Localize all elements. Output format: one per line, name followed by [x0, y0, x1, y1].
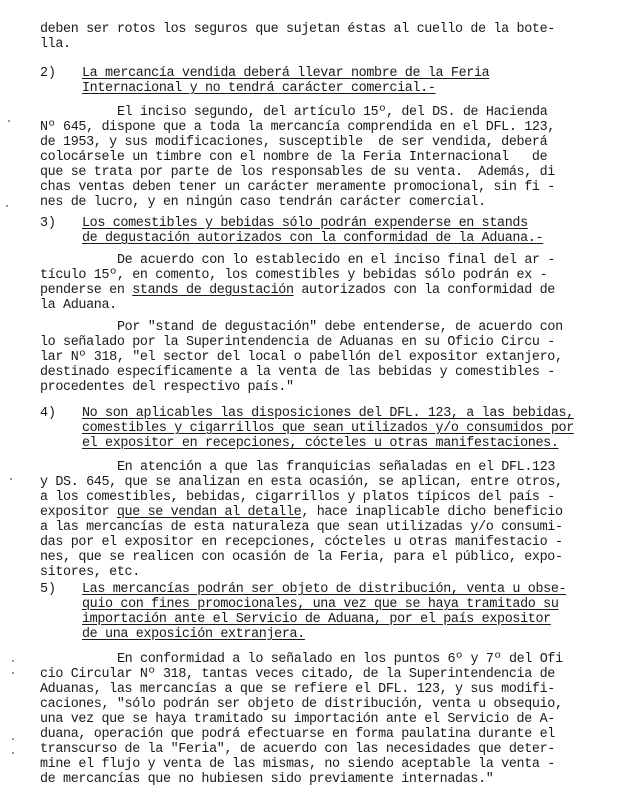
paragraph-line: destinado específicamente a la venta de … — [40, 365, 555, 380]
paragraph-line: de 1953, y sus modificaciones, susceptib… — [40, 135, 547, 150]
paragraph-line: nes de lucro, y en ningún caso tendrán c… — [40, 195, 486, 210]
scan-speck — [12, 738, 14, 740]
section-heading-line: el expositor en recepciones, cócteles u … — [82, 436, 559, 451]
underlined-phrase: que se vendan al detalle — [117, 505, 301, 520]
paragraph-line: penderse en stands de degustación autori… — [40, 283, 555, 298]
paragraph-line: das por el expositor en recepciones, cóc… — [40, 535, 563, 550]
paragraph-line: De acuerdo con lo establecido en el inci… — [117, 253, 555, 268]
paragraph-line: lar Nº 318, "el sector del local o pabel… — [40, 350, 563, 365]
section-number: 5) — [40, 582, 56, 597]
section-heading-line: Las mercancías podrán ser objeto de dist… — [82, 582, 566, 597]
paragraph-line: El inciso segundo, del artículo 15º, del… — [117, 105, 547, 120]
scan-speck — [12, 752, 14, 754]
scan-speck — [12, 672, 14, 674]
paragraph-line: que se trata por parte de los responsabl… — [40, 165, 555, 180]
paragraph-line: chas ventas deben tener un carácter mera… — [40, 180, 555, 195]
section-heading-line: de una exposición extranjera. — [82, 627, 305, 642]
scan-speck — [340, 412, 342, 414]
section-heading-line: Internacional y no tendrá carácter comer… — [82, 81, 436, 96]
paragraph-line: Nº 645, dispone que a toda la mercancía … — [40, 120, 555, 135]
paragraph-line: y DS. 645, que se analizan en esta ocasi… — [40, 475, 563, 490]
paragraph-line: de mercancías que no hubiesen sido previ… — [40, 772, 493, 787]
intro-line: deben ser rotos los seguros que sujetan … — [40, 22, 555, 37]
paragraph-line: duana, operación que podrá efectuarse en… — [40, 727, 555, 742]
section-heading-line: Los comestibles y bebidas sólo podrán ex… — [82, 216, 528, 231]
paragraph-line: tículo 15º, en comento, los comestibles … — [40, 268, 547, 283]
paragraph-line: colocársele un timbre con el nombre de l… — [40, 150, 547, 165]
scan-speck — [8, 120, 10, 122]
paragraph-line: lo señalado por la Superintendencia de A… — [40, 335, 555, 350]
section-number: 4) — [40, 406, 56, 421]
scan-speck — [10, 478, 12, 480]
scan-speck — [420, 540, 422, 542]
paragraph-line: Aduanas, las mercancías a que se refiere… — [40, 682, 555, 697]
paragraph-line: procedentes del respectivo país." — [40, 380, 294, 395]
paragraph-line: caciones, "sólo podrán ser objeto de dis… — [40, 697, 563, 712]
paragraph-line: nes, que se realicen con ocasión de la F… — [40, 550, 563, 565]
paragraph-line: transcurso de la "Feria", de acuerdo con… — [40, 742, 555, 757]
scan-speck — [12, 660, 14, 662]
paragraph-line: sitores, etc. — [40, 565, 140, 580]
paragraph-line: cio Circular Nº 318, tantas veces citado… — [40, 667, 555, 682]
paragraph-line: En atención a que las franquicias señala… — [117, 460, 555, 475]
section-number: 3) — [40, 216, 56, 231]
paragraph-line: Por "stand de degustación" debe entender… — [117, 320, 563, 335]
paragraph-line: mine el flujo y venta de las mismas, no … — [40, 757, 555, 772]
paragraph-line: expositor que se vendan al detalle, hace… — [40, 505, 563, 520]
paragraph-line: la Aduana. — [40, 298, 117, 313]
intro-line: lla. — [40, 37, 71, 52]
paragraph-line: a las mercancías de esta naturaleza que … — [40, 520, 563, 535]
section-heading-line: No son aplicables las disposiciones del … — [82, 406, 574, 421]
section-number: 2) — [40, 66, 56, 81]
paragraph-line: En conformidad a lo señalado en los punt… — [117, 652, 563, 667]
section-heading-line: La mercancía vendida deberá llevar nombr… — [82, 66, 489, 81]
paragraph-line: una vez que se haya tramitado su importa… — [40, 712, 555, 727]
underlined-phrase: stands de degustación — [132, 283, 293, 298]
scan-speck — [6, 205, 8, 207]
section-heading-line: quio con fines promocionales, una vez qu… — [82, 597, 559, 612]
section-heading-line: comestibles y cigarrillos que sean utili… — [82, 421, 574, 436]
section-heading-line: importación ante el Servicio de Aduana, … — [82, 612, 551, 627]
paragraph-line: a los comestibles, bebidas, cigarrillos … — [40, 490, 555, 505]
section-heading-line: de degustación autorizados con la confor… — [82, 231, 543, 246]
scan-speck — [520, 720, 522, 722]
